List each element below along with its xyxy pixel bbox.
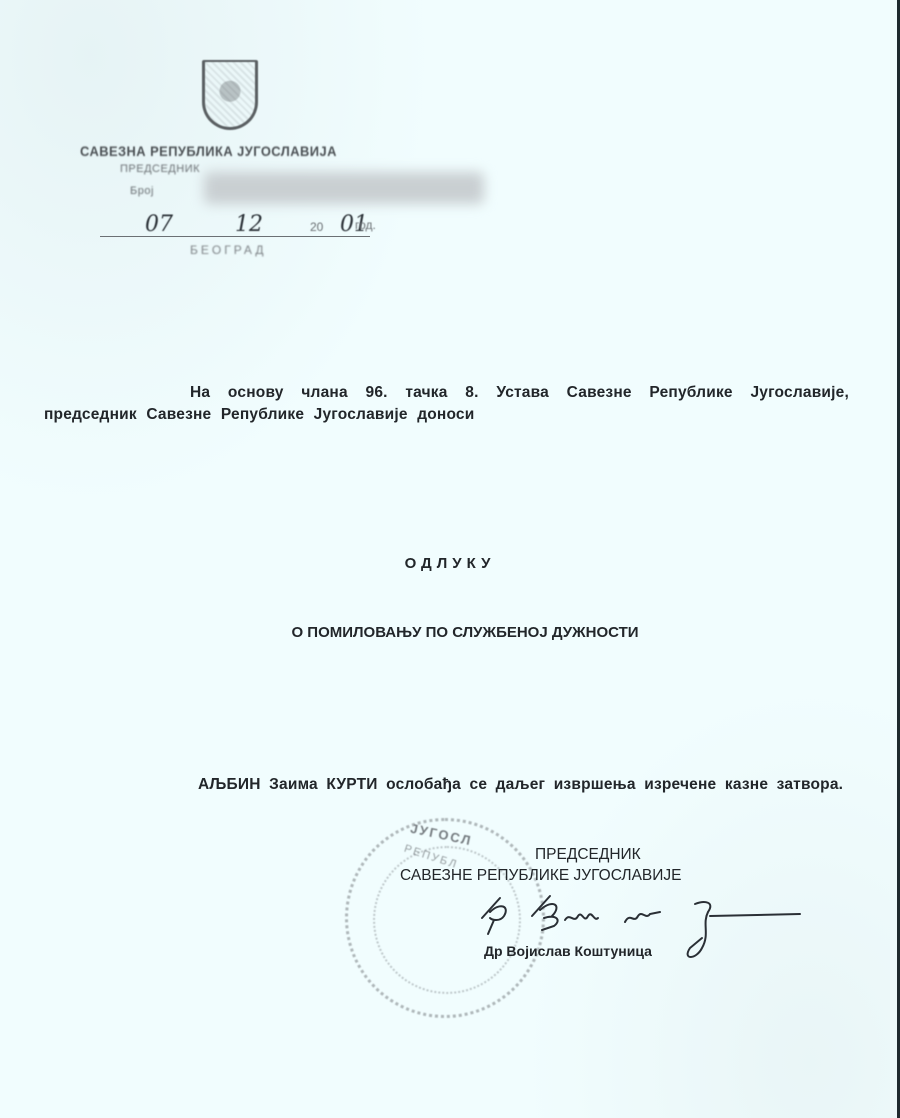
seal-text-outer: ЈУГОСЛ bbox=[409, 821, 474, 849]
date-year-prefix: 20 bbox=[310, 220, 323, 234]
redacted-number bbox=[204, 172, 484, 204]
signer-title-line2: САВЕЗНЕ РЕПУБЛИКЕ ЈУГОСЛАВИЈЕ bbox=[400, 867, 681, 885]
decision-title: ОДЛУКУ bbox=[0, 555, 900, 572]
date-suffix: год. bbox=[355, 218, 376, 232]
institution-office: ПРЕДСЕДНИК bbox=[120, 163, 200, 175]
preamble-paragraph: На основу члана 96. тачка 8. Устава Саве… bbox=[44, 382, 849, 426]
coat-of-arms-icon bbox=[202, 60, 258, 130]
city: БЕОГРАД bbox=[190, 243, 266, 257]
header-stamp: САВЕЗНА РЕПУБЛИКА ЈУГОСЛАВИЈА ПРЕДСЕДНИК… bbox=[80, 60, 480, 270]
decision-paragraph: АЉБИН Заима КУРТИ ослобађа се даљег извр… bbox=[44, 774, 849, 796]
date-day: 07 bbox=[145, 212, 173, 237]
date-line: 07 12 20 01 bbox=[100, 208, 370, 237]
institution-name: САВЕЗНА РЕПУБЛИКА ЈУГОСЛАВИЈА bbox=[80, 143, 337, 159]
signer-title-line1: ПРЕДСЕДНИК bbox=[535, 846, 641, 864]
date-month: 12 bbox=[235, 212, 263, 237]
number-label: Број bbox=[130, 185, 154, 197]
signer-name: Др Војислав Коштуница bbox=[484, 943, 652, 959]
decision-subtitle: О ПОМИЛОВАЊУ ПО СЛУЖБЕНОЈ ДУЖНОСТИ bbox=[0, 624, 900, 641]
